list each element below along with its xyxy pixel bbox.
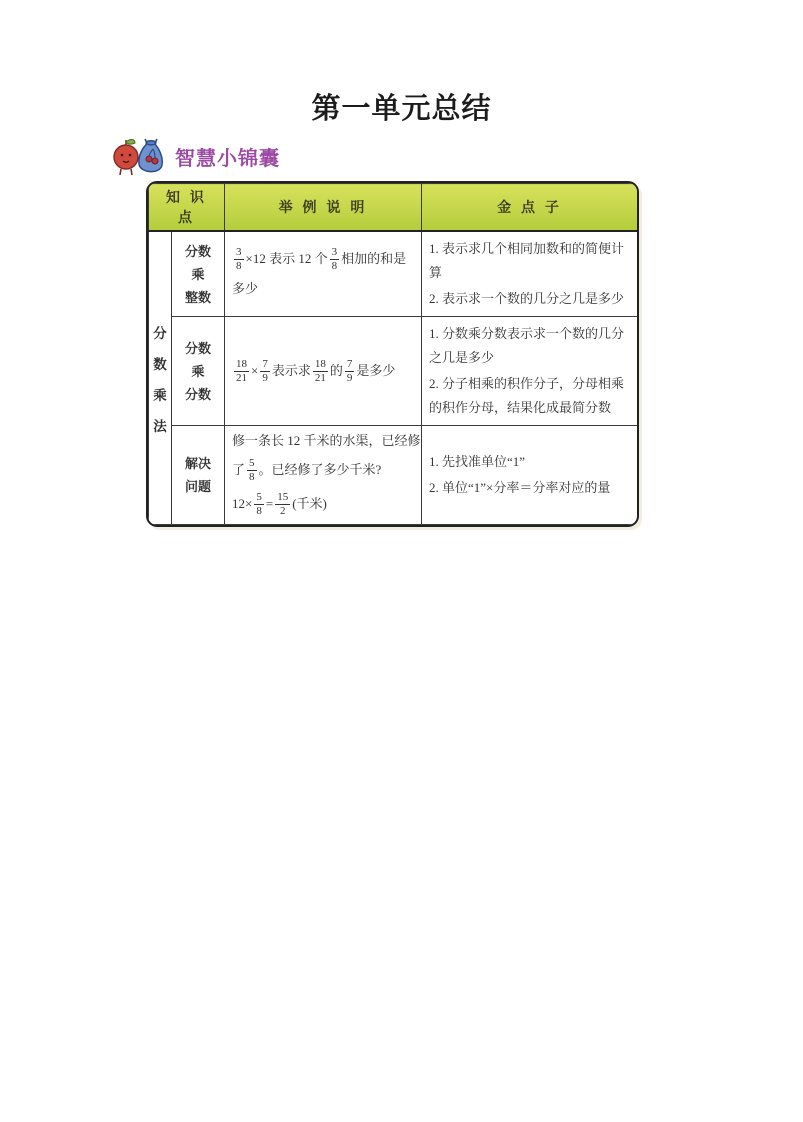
- header-row: 知 识 点 举 例 说 明 金 点 子: [149, 184, 638, 232]
- badge-label: 智慧小锦囊: [175, 142, 280, 171]
- tips-cell: 1. 分数乘分数表示求一个数的几分之几是多少 2. 分子相乘的积作分子，分母相乘…: [422, 317, 638, 426]
- tips-cell: 1. 先找准单位“1” 2. 单位“1”×分率＝分率对应的量: [422, 426, 638, 525]
- example-cell: 修一条长 12 千米的水渠，已经修 了58。已经修了多少千米? 12×58=15…: [225, 426, 422, 525]
- fraction: 38: [330, 246, 340, 272]
- tip-item: 1. 分数乘分数表示求一个数的几分之几是多少: [429, 322, 630, 370]
- topic-cell: 解决 问题: [172, 426, 225, 525]
- fraction: 79: [260, 358, 270, 384]
- example-text: 表示求: [272, 363, 311, 378]
- example-cell: 1821×79表示求1821的79是多少: [225, 317, 422, 426]
- header-tips: 金 点 子: [422, 184, 638, 232]
- table-row: 分数乘 分数 1821×79表示求1821的79是多少 1. 分数乘分数表示求一…: [149, 317, 638, 426]
- example-line: 12×58=152(千米): [232, 487, 414, 521]
- fraction: 152: [275, 491, 290, 517]
- example-line: 了58。已经修了多少千米?: [232, 453, 414, 487]
- category-cell: 分 数 乘 法: [149, 231, 172, 525]
- example-line: 修一条长 12 千米的水渠，已经修: [232, 429, 414, 453]
- tip-item: 1. 表示求几个相同加数和的简便计算: [429, 237, 630, 285]
- tip-item: 2. 分子相乘的积作分子，分母相乘的积作分母，结果化成最简分数: [429, 372, 630, 420]
- header-example: 举 例 说 明: [225, 184, 422, 232]
- example-text: 的: [330, 363, 343, 378]
- example-text: ×12 表示 12 个: [246, 251, 328, 266]
- summary-table: 知 识 点 举 例 说 明 金 点 子 分 数 乘 法: [148, 183, 638, 525]
- topic-cell: 分数乘 分数: [172, 317, 225, 426]
- fraction: 58: [254, 491, 264, 517]
- table-row: 解决 问题 修一条长 12 千米的水渠，已经修 了58。已经修了多少千米? 12…: [149, 426, 638, 525]
- example-text: ×: [251, 363, 258, 378]
- topic-cell: 分数乘 整数: [172, 231, 225, 317]
- tip-item: 1. 先找准单位“1”: [429, 450, 630, 474]
- fraction: 58: [247, 457, 257, 483]
- category-char: 数: [153, 353, 167, 373]
- example-cell: 38×12 表示 12 个38相加的和是多少: [225, 231, 422, 317]
- tip-item: 2. 表示求一个数的几分之几是多少: [429, 287, 630, 311]
- wisdom-badge: 智慧小锦囊: [112, 131, 280, 181]
- tip-item: 2. 单位“1”×分率＝分率对应的量: [429, 476, 630, 500]
- fraction: 1821: [234, 358, 249, 384]
- page-title: 第一单元总结: [0, 86, 803, 127]
- category-char: 分: [153, 322, 167, 342]
- fraction: 38: [234, 246, 244, 272]
- worksheet-page: 第一单元总结 智慧小锦囊 知 识: [0, 0, 803, 1122]
- example-text: 是多少: [356, 363, 395, 378]
- category-char: 法: [153, 415, 167, 435]
- tips-cell: 1. 表示求几个相同加数和的简便计算 2. 表示求一个数的几分之几是多少: [422, 231, 638, 317]
- category-char: 乘: [153, 384, 167, 404]
- fraction: 79: [345, 358, 355, 384]
- category-vertical-label: 分 数 乘 法: [156, 322, 164, 435]
- apple-and-moneybag-icon: [112, 131, 166, 181]
- fraction: 1821: [313, 358, 328, 384]
- summary-table-wrap: 知 识 点 举 例 说 明 金 点 子 分 数 乘 法: [146, 181, 639, 527]
- table-row: 分 数 乘 法 分数乘 整数 38×12 表示 12 个38相加的和是多少: [149, 231, 638, 317]
- header-knowledge: 知 识 点: [149, 184, 225, 232]
